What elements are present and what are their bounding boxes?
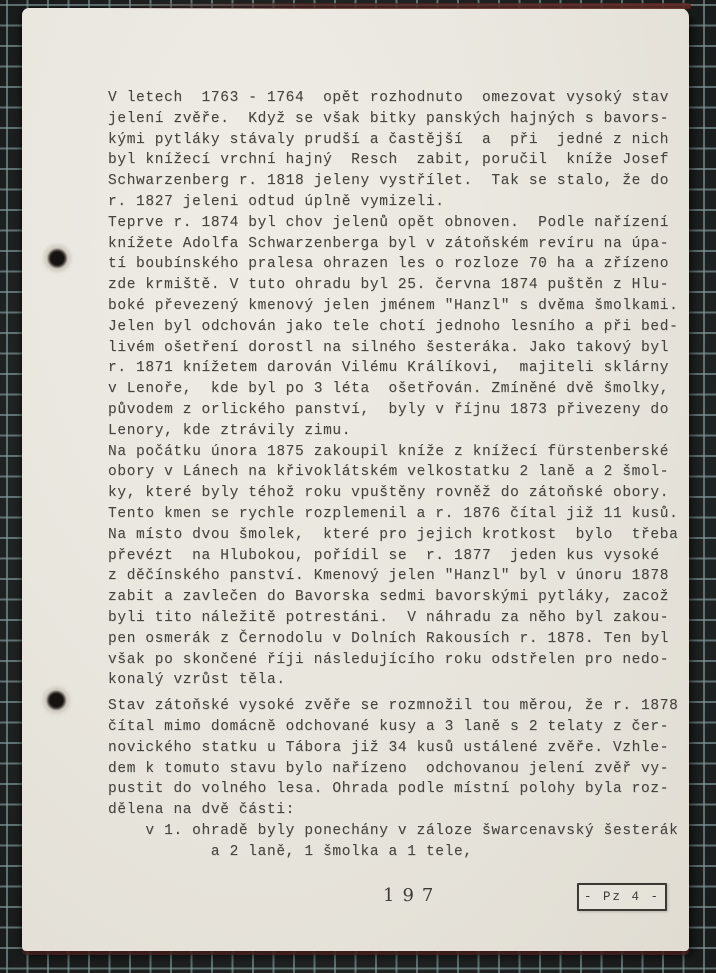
text-line: původem z orlického panství, byly v říjn…: [108, 400, 678, 421]
text-line: v 1. ohradě byly ponechány v záloze šwar…: [108, 821, 678, 842]
text-line: Stav zátoňské vysoké zvěře se rozmnožil …: [108, 696, 678, 717]
text-line: konalý vzrůst těla.: [108, 670, 678, 691]
text-line: r. 1871 knížetem darován Vilému Králíkov…: [108, 358, 678, 379]
text-line: V letech 1763 - 1764 opět rozhodnuto ome…: [108, 88, 678, 109]
text-line: Schwarzenberg r. 1818 jeleny vystřílet. …: [108, 171, 678, 192]
text-line: dělena na dvě části:: [108, 800, 678, 821]
text-line: tí boubínského pralesa ohrazen les o roz…: [108, 254, 678, 275]
text-line: Tento kmen se rychle rozplemenil a r. 18…: [108, 504, 678, 525]
stamp-label: - Pz 4 -: [584, 890, 660, 904]
paragraph: V letech 1763 - 1764 opět rozhodnuto ome…: [108, 88, 678, 213]
scan-background: V letech 1763 - 1764 opět rozhodnuto ome…: [0, 0, 716, 973]
text-line: čítal mimo domácně odchované kusy a 3 la…: [108, 717, 678, 738]
text-line: v Lenoře, kde byl po 3 léta ošetřován. Z…: [108, 379, 678, 400]
text-line: z děčínského panství. Kmenový jelen "Han…: [108, 566, 678, 587]
text-line: ky, které byly téhož roku vpuštěny rovně…: [108, 483, 678, 504]
archive-stamp: - Pz 4 -: [577, 883, 667, 911]
text-line: zabit a zavlečen do Bavorska sedmi bavor…: [108, 587, 678, 608]
text-line: a 2 laně, 1 šmolka a 1 tele,: [108, 842, 678, 863]
text-line: Lenory, kde ztrávily zimu.: [108, 421, 678, 442]
page-number: 197: [383, 885, 441, 906]
text-line: dem k tomuto stavu bylo nařízeno odchova…: [108, 759, 678, 780]
text-line: pustit do volného lesa. Ohrada podle mís…: [108, 779, 678, 800]
text-line: boké převezený kmenový jelen jménem "Han…: [108, 296, 678, 317]
punch-hole-top: [41, 242, 75, 276]
text-line: r. 1827 jeleni odtud úplně vymizeli.: [108, 192, 678, 213]
text-line: novického statku u Tábora již 34 kusů us…: [108, 738, 678, 759]
punch-hole-bottom: [40, 684, 74, 718]
text-line: Na místo dvou šmolek, které pro jejich k…: [108, 525, 678, 546]
document-page: V letech 1763 - 1764 opět rozhodnuto ome…: [22, 8, 689, 951]
text-line: obory v Lánech na křivoklátském velkosta…: [108, 462, 678, 483]
text-line: livém ošetření dorostl na silného šester…: [108, 338, 678, 359]
text-line: kými pytláky stávaly prudší a častější a…: [108, 130, 678, 151]
paragraph: Na počátku února 1875 zakoupil kníže z k…: [108, 442, 678, 692]
text-line: jelení zvěře. Když se však bitky panskýc…: [108, 109, 678, 130]
typewritten-text: V letech 1763 - 1764 opět rozhodnuto ome…: [108, 88, 678, 862]
paragraph: Teprve r. 1874 byl chov jelenů opět obno…: [108, 213, 678, 442]
text-line: byli tito náležitě potrestáni. V náhradu…: [108, 608, 678, 629]
paragraph: Stav zátoňské vysoké zvěře se rozmnožil …: [108, 696, 678, 862]
text-line: knížete Adolfa Schwarzenberga byl v záto…: [108, 234, 678, 255]
text-line: Na počátku února 1875 zakoupil kníže z k…: [108, 442, 678, 463]
text-line: Teprve r. 1874 byl chov jelenů opět obno…: [108, 213, 678, 234]
text-line: však po skončené říji následujícího roku…: [108, 650, 678, 671]
text-line: zde krmiště. V tuto ohradu byl 25. červn…: [108, 275, 678, 296]
text-line: převézt na Hlubokou, pořídil se r. 1877 …: [108, 546, 678, 567]
text-line: pen osmerák z Černodolu v Dolních Rakous…: [108, 629, 678, 650]
text-line: Jelen byl odchován jako tele chotí jedno…: [108, 317, 678, 338]
text-line: byl knížecí vrchní hajný Resch zabit, po…: [108, 150, 678, 171]
